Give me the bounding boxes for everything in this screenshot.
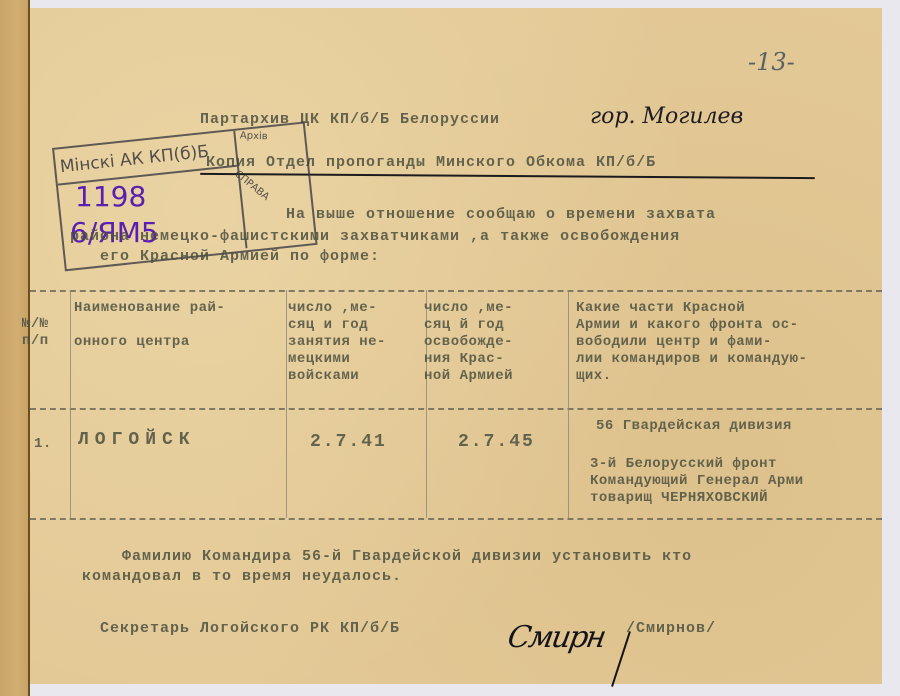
row-units-division: 56 Гвардейская дивизия bbox=[596, 418, 792, 435]
column-divider bbox=[70, 290, 71, 518]
header-units: Какие части Красной Армии и какого фронт… bbox=[576, 300, 807, 385]
archive-header: Партархив ЦК КП/б/Б Белоруссии bbox=[200, 111, 500, 128]
handwritten-city: гор. Могилев bbox=[590, 104, 743, 129]
intro-line-1: На выше отношение сообщаю о времени захв… bbox=[286, 206, 716, 223]
stamp-archive-label: Архів bbox=[240, 130, 268, 142]
handwritten-case-number: 1198 bbox=[75, 180, 146, 213]
row-liberation-date: 2.7.45 bbox=[458, 434, 535, 451]
row-number: 1. bbox=[34, 436, 52, 453]
signature-flourish bbox=[611, 631, 631, 687]
column-divider bbox=[286, 290, 287, 518]
document-page: -13- Партархив ЦК КП/б/Б Белоруссии гор.… bbox=[30, 8, 882, 684]
table-rule-bottom bbox=[30, 518, 882, 520]
handwritten-signature: Смирн bbox=[505, 620, 607, 655]
column-divider bbox=[568, 290, 569, 518]
note-line-1: Фамилию Командира 56-й Гвардейской дивиз… bbox=[122, 548, 692, 565]
header-liberation-date: число ,ме- сяц й год освобожде- ния Крас… bbox=[424, 300, 513, 385]
row-units-front: 3-й Белорусский фронт Командующий Генера… bbox=[590, 456, 804, 507]
signatory-name: /Смирнов/ bbox=[626, 620, 716, 637]
note-line-2: командовал в то время неудалось. bbox=[82, 568, 402, 585]
occupation-table: №/№ п/п Наименование рай- онного центра … bbox=[30, 290, 882, 518]
row-occupation-date: 2.7.41 bbox=[310, 434, 387, 451]
header-number: №/№ п/п bbox=[22, 316, 49, 350]
table-rule-header bbox=[30, 408, 882, 410]
intro-line-3: его Красной Армией по форме: bbox=[100, 248, 380, 265]
row-district-center: ЛОГОЙСК bbox=[78, 432, 196, 449]
table-rule-top bbox=[30, 290, 882, 292]
intro-line-2: района немецко-фашистскими захватчиками … bbox=[70, 228, 680, 245]
page-number: -13- bbox=[748, 48, 795, 76]
header-district-center: Наименование рай- онного центра bbox=[74, 300, 225, 351]
header-occupation-date: число ,ме- сяц и год занятия не- мецкими… bbox=[288, 300, 386, 385]
signatory-title: Секретарь Логойского РК КП/б/Б bbox=[100, 620, 400, 637]
